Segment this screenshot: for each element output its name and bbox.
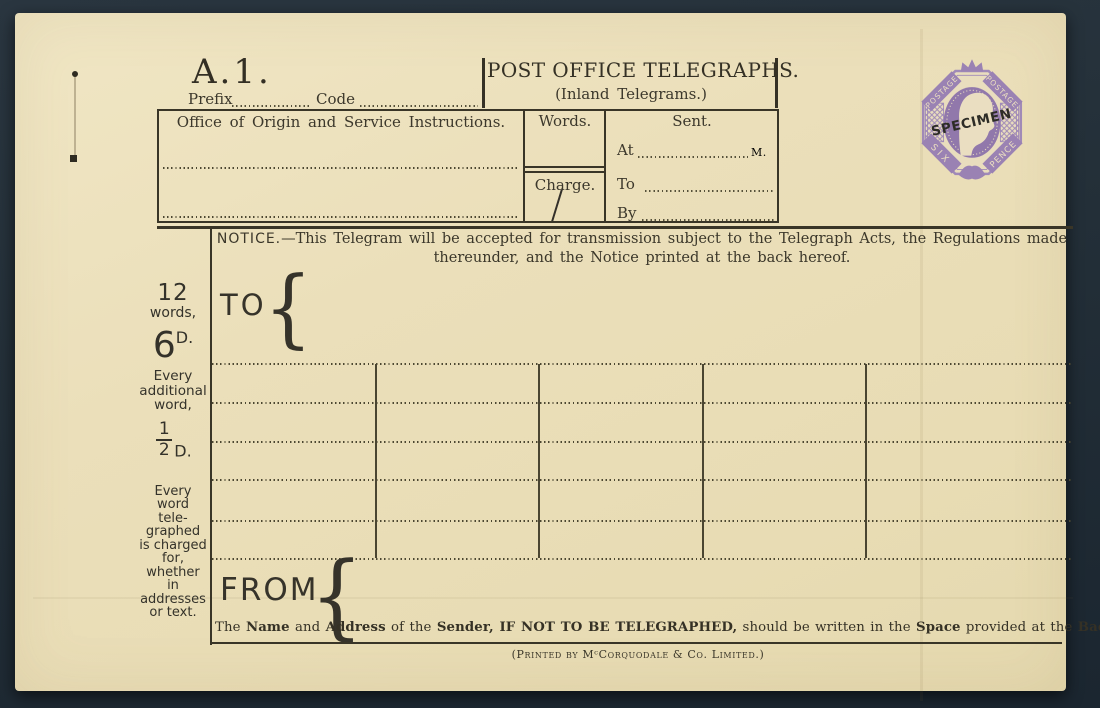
tariff-additional-3: word, <box>134 398 212 413</box>
meridiem-label: M. <box>751 146 767 159</box>
notice-top-rule <box>157 226 1073 229</box>
pin-mark-top-dot <box>72 71 78 77</box>
words-label: Words. <box>527 112 603 130</box>
by-leader <box>642 219 775 221</box>
prefix-leader <box>232 105 310 107</box>
office-header: Office of Origin and Service Instruction… <box>165 113 517 131</box>
message-dotted-row-5 <box>212 520 1073 522</box>
message-column-divider-1 <box>375 364 377 558</box>
sent-to-label: To <box>617 175 635 193</box>
office-dotted-line-1 <box>163 167 519 169</box>
at-leader <box>638 156 748 158</box>
message-dotted-row-1 <box>212 363 1073 365</box>
form-subtitle: (Inland Telegrams.) <box>487 85 775 103</box>
printer-credit: (Printed by MᶜCorquodale & Co. Limited.) <box>212 648 1064 661</box>
message-dotted-row-4 <box>212 479 1073 481</box>
notice-line1: NOTICE.—This Telegram will be accepted f… <box>214 230 1070 249</box>
form-code: A.1. <box>192 52 272 92</box>
notice-text: NOTICE.—This Telegram will be accepted f… <box>214 230 1070 267</box>
notice-heading: NOTICE. <box>217 231 281 247</box>
pin-mark-bottom-dot <box>70 155 77 162</box>
by-label: By <box>617 204 637 222</box>
title-divider-left <box>482 58 485 108</box>
stamp-crown-icon <box>961 59 984 71</box>
to-label: TO <box>220 288 267 322</box>
tariff-additional-2: additional <box>134 384 212 399</box>
prefix-code-row: Prefix Code <box>188 90 480 110</box>
prefix-label: Prefix <box>188 90 233 108</box>
message-column-divider-2 <box>538 364 540 558</box>
form-title-block: POST OFFICE TELEGRAPHS. (Inland Telegram… <box>487 58 775 103</box>
tariff-note: Every word tele- graphed is charged for,… <box>134 485 212 620</box>
footer-rule <box>212 642 1062 644</box>
to-brace: { <box>264 261 312 355</box>
at-label: At <box>617 141 634 159</box>
code-label: Code <box>316 90 355 108</box>
sent-to-leader <box>645 190 775 192</box>
tariff-halfpenny-rate: 12D. <box>134 421 212 469</box>
from-label: FROM <box>220 572 319 608</box>
tariff-word-count: 12 <box>134 281 212 305</box>
tariff-count-unit: words, <box>134 305 212 321</box>
charge-label: Charge. <box>527 176 603 194</box>
words-charge-separator-top <box>525 166 604 168</box>
message-dotted-row-3 <box>212 441 1073 443</box>
service-box-divider-2 <box>604 111 606 221</box>
form-title: POST OFFICE TELEGRAPHS. <box>487 58 775 82</box>
tariff-column: 12 words, 6D. Every additional word, 12D… <box>134 281 212 620</box>
postage-stamp: POSTAGE POSTAGE SIX PENCE SPECIMEN <box>910 56 1034 206</box>
message-column-divider-4 <box>865 364 867 558</box>
tariff-base-price: 6D. <box>134 321 212 363</box>
code-leader <box>360 105 478 107</box>
office-dotted-line-2 <box>163 216 519 218</box>
tariff-additional-1: Every <box>134 369 212 384</box>
sent-label: Sent. <box>608 112 776 130</box>
page-background: A.1. Prefix Code POST OFFICE TELEGRAPHS.… <box>0 0 1100 708</box>
message-dotted-row-2 <box>212 402 1073 404</box>
words-charge-separator-bottom <box>525 171 604 173</box>
pin-mark <box>74 75 76 159</box>
notice-line2: thereunder, and the Notice printed at th… <box>214 249 1070 268</box>
message-column-divider-3 <box>702 364 704 558</box>
sender-note: The Name and Address of the Sender, IF N… <box>215 620 1067 635</box>
